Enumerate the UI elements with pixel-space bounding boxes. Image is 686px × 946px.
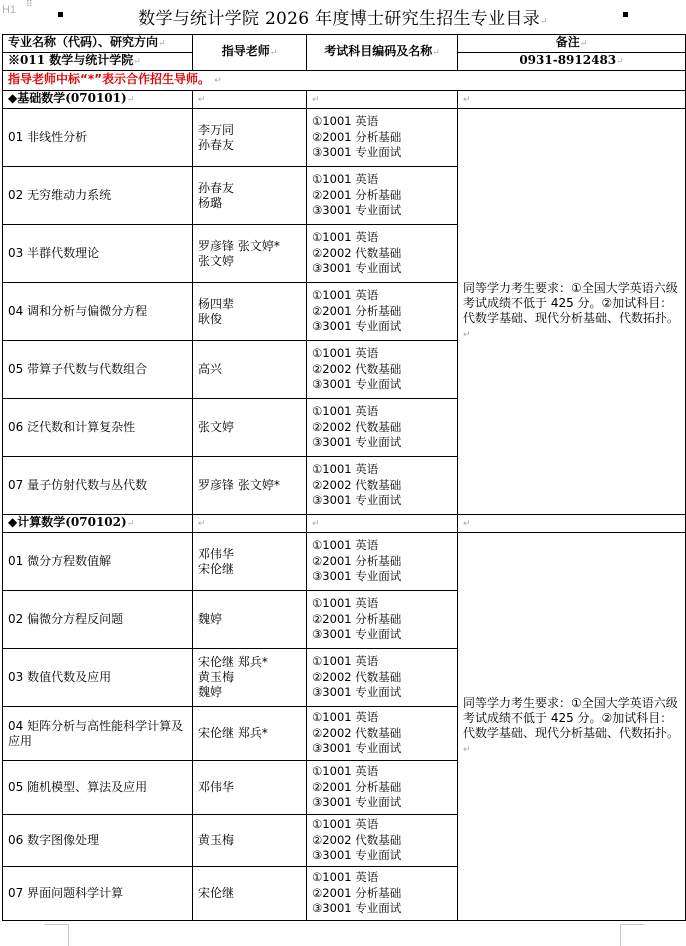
page-title: 数学与统计学院 2026 年度博士研究生招生专业目录↵ — [0, 4, 686, 29]
tutor-list: 罗彦锋 张文婷*张文婷 — [193, 225, 307, 283]
research-direction: 01 微分方程数值解 — [3, 533, 193, 591]
header-remark: 备注↵ — [458, 35, 686, 53]
exam-subjects: ①1001 英语②2002 代数基础③3001 专业面试 — [307, 341, 458, 399]
section-title: ◆计算数学(070102)↵ — [3, 515, 193, 533]
exam-subjects: ①1001 英语②2002 代数基础③3001 专业面试 — [307, 707, 458, 761]
table-row: 01 微分方程数值解 邓伟华宋伦继 ①1001 英语②2001 分析基础③300… — [3, 533, 686, 591]
exam-subjects: ①1001 英语②2002 代数基础③3001 专业面试 — [307, 457, 458, 515]
tutor-list: 罗彦锋 张文婷* — [193, 457, 307, 515]
tutor-list: 宋伦继 郑兵*黄玉梅魏婷 — [193, 649, 307, 707]
section-title: ◆基础数学(070101)↵ — [3, 91, 193, 109]
research-direction: 07 界面问题科学计算 — [3, 867, 193, 921]
header-exam: 考试科目编码及名称↵ — [307, 35, 458, 71]
exam-subjects: ①1001 英语②2002 代数基础③3001 专业面试 — [307, 225, 458, 283]
section-header-row: ◆计算数学(070102)↵ ↵↵↵ — [3, 515, 686, 533]
header-major: 专业名称（代码）、研究方向↵ — [3, 35, 193, 53]
tutor-list: 张文婷 — [193, 399, 307, 457]
research-direction: 04 调和分析与偏微分方程 — [3, 283, 193, 341]
tutor-list: 孙春友杨璐 — [193, 167, 307, 225]
tutor-list: 魏婷 — [193, 591, 307, 649]
research-direction: 04 矩阵分析与高性能科学计算及应用 — [3, 707, 193, 761]
remark-equivalent-requirements: 同等学力考生要求：①全国大学英语六级考试成绩不低于 425 分。②加试科目：代数… — [458, 533, 686, 921]
exam-subjects: ①1001 英语②2001 分析基础③3001 专业面试 — [307, 761, 458, 815]
college-name: ※011 数学与统计学院↵ — [3, 53, 193, 71]
exam-subjects: ①1001 英语②2001 分析基础③3001 专业面试 — [307, 167, 458, 225]
co-supervisor-note: 指导老师中标“*”表示合作招生导师。 ↵ — [3, 71, 686, 91]
tutor-list: 邓伟华 — [193, 761, 307, 815]
exam-subjects: ①1001 英语②2001 分析基础③3001 专业面试 — [307, 283, 458, 341]
tutor-list: 李万同孙春友 — [193, 109, 307, 167]
tutor-list: 宋伦继 郑兵* — [193, 707, 307, 761]
enrollment-catalog-table: 专业名称（代码）、研究方向↵ 指导老师↵ 考试科目编码及名称↵ 备注↵ ※011… — [2, 34, 686, 921]
research-direction: 03 半群代数理论 — [3, 225, 193, 283]
exam-subjects: ①1001 英语②2002 代数基础③3001 专业面试 — [307, 815, 458, 867]
tutor-list: 杨四辈耿俊 — [193, 283, 307, 341]
tutor-list: 高兴 — [193, 341, 307, 399]
exam-subjects: ①1001 英语②2001 分析基础③3001 专业面试 — [307, 867, 458, 921]
paragraph-bullet-icon — [623, 12, 628, 17]
page-corner-mark — [44, 924, 69, 946]
research-direction: 02 偏微分方程反问题 — [3, 591, 193, 649]
research-direction: 05 随机模型、算法及应用 — [3, 761, 193, 815]
section-header-row: ◆基础数学(070101)↵ ↵↵↵ — [3, 91, 686, 109]
research-direction: 06 泛代数和计算复杂性 — [3, 399, 193, 457]
table-row: 01 非线性分析 李万同孙春友 ①1001 英语②2001 分析基础③3001 … — [3, 109, 686, 167]
tutor-list: 黄玉梅 — [193, 815, 307, 867]
page-corner-mark — [620, 924, 645, 946]
remark-equivalent-requirements: 同等学力考生要求：①全国大学英语六级考试成绩不低于 425 分。②加试科目：代数… — [458, 109, 686, 515]
contact-phone: 0931-8912483↵ — [458, 53, 686, 71]
research-direction: 03 数值代数及应用 — [3, 649, 193, 707]
tutor-list: 邓伟华宋伦继 — [193, 533, 307, 591]
exam-subjects: ①1001 英语②2001 分析基础③3001 专业面试 — [307, 533, 458, 591]
exam-subjects: ①1001 英语②2002 代数基础③3001 专业面试 — [307, 649, 458, 707]
research-direction: 02 无穷维动力系统 — [3, 167, 193, 225]
research-direction: 06 数字图像处理 — [3, 815, 193, 867]
exam-subjects: ①1001 英语②2001 分析基础③3001 专业面试 — [307, 109, 458, 167]
research-direction: 07 量子仿射代数与丛代数 — [3, 457, 193, 515]
title-row: H1 ⠿ 数学与统计学院 2026 年度博士研究生招生专业目录↵ — [0, 0, 686, 34]
header-tutor: 指导老师↵ — [193, 35, 307, 71]
research-direction: 01 非线性分析 — [3, 109, 193, 167]
research-direction: 05 带算子代数与代数组合 — [3, 341, 193, 399]
tutor-list: 宋伦继 — [193, 867, 307, 921]
exam-subjects: ①1001 英语②2002 代数基础③3001 专业面试 — [307, 399, 458, 457]
exam-subjects: ①1001 英语②2001 分析基础③3001 专业面试 — [307, 591, 458, 649]
